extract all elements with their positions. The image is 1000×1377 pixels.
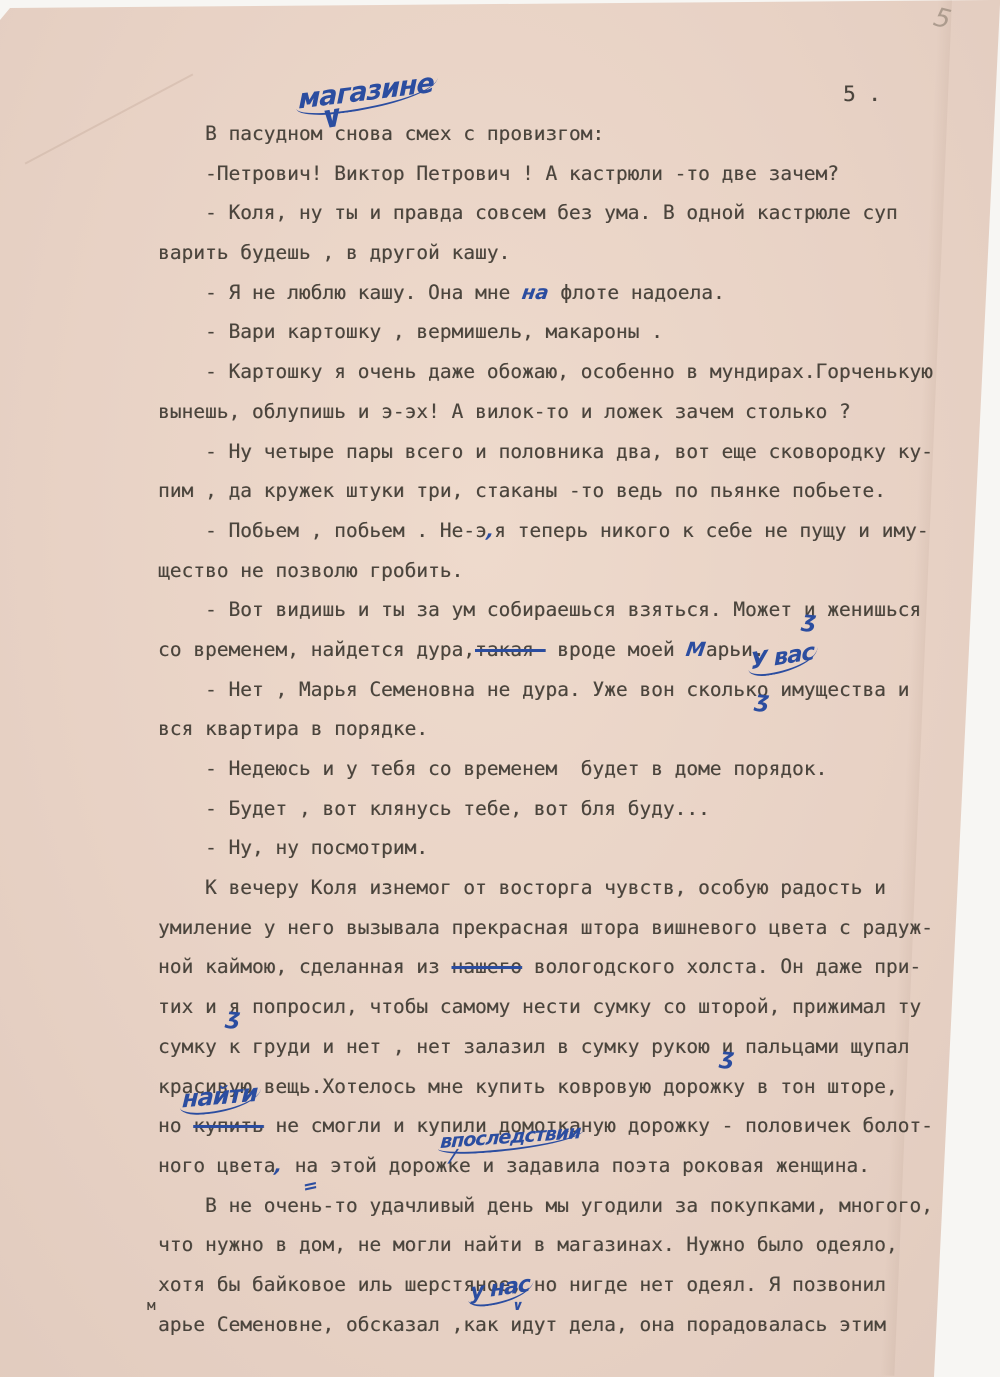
- typed-segment: - Нет , Марья Семеновна не дура. Уже вон…: [158, 678, 757, 701]
- typed-line-13: - Вот видишь и ты за ум собираешься взят…: [158, 590, 958, 630]
- typed-segment: вологодского холста. Он даже при-: [522, 955, 921, 978]
- typed-line-2: -Петрович! Виктор Петрович ! А кастрюли …: [158, 154, 958, 194]
- typed-segment: - Ну, ну посмотрим.: [158, 836, 428, 859]
- typed-segment: сумку к груди и нет , нет залазил в сумк…: [158, 1035, 722, 1058]
- typed-segment: на этой дорожке и задавила поэта роковая…: [283, 1154, 870, 1177]
- typed-segment: - Вот видишь и ты за ум собираешься взят…: [158, 598, 804, 621]
- typed-line-7: - Картошку я очень даже обожаю, особенно…: [158, 352, 958, 392]
- typed-line-20: К вечеру Коля изнемог от восторга чувств…: [158, 868, 958, 908]
- typed-line-16: вся квартира в порядке.: [158, 709, 958, 749]
- typed-line-11: - Побьем , побьем . Не-э,я теперь никого…: [158, 511, 958, 551]
- typed-segment: В пасудном снова смех с провизгом:: [158, 122, 604, 145]
- ink-correction: на: [519, 273, 551, 313]
- typed-segment: пим , да кружек штуки три, стаканы -то в…: [158, 479, 886, 502]
- struck-word: нашего: [452, 955, 522, 978]
- typed-segment: -Петрович! Виктор Петрович ! А кастрюли …: [158, 162, 839, 185]
- typed-segment: вся квартира в порядке.: [158, 717, 428, 740]
- typed-line-4: варить будешь , в другой кашу.: [158, 233, 958, 273]
- typed-segment: имущества и: [769, 678, 910, 701]
- typed-line-28: В не очень-то удачливый день мы угодили …: [158, 1186, 958, 1226]
- typed-line-27: ного цвета, на этой дорожке и задавила п…: [158, 1146, 958, 1186]
- overwritten-char: о: [757, 678, 769, 701]
- typed-segment: - Ну четыре пары всего и половника два, …: [158, 440, 933, 463]
- overwritten-char: я: [228, 995, 240, 1018]
- typed-segment: - Вари картошку , вермишель, макароны .: [158, 320, 663, 343]
- typed-line-24: сумку к груди и нет , нет залазил в сумк…: [158, 1027, 958, 1067]
- typed-segment: красивую вещь.Хотелось мне купить ковров…: [158, 1075, 898, 1098]
- typed-segment: не смогли и купили домотканую дорожку - …: [264, 1114, 933, 1137]
- typed-segment: К вечеру Коля изнемог от восторга чувств…: [158, 876, 886, 899]
- typed-segment: - Коля, ну ты и правда совсем без ума. В…: [158, 201, 898, 224]
- typed-line-6: - Вари картошку , вермишель, макароны .: [158, 312, 958, 352]
- typed-page-number: 5 .: [843, 82, 881, 106]
- typed-segment: со временем, найдется дура,: [158, 638, 475, 661]
- typed-segment: арье Семеновне, обсказал ,как идут дела,…: [158, 1313, 886, 1336]
- typed-segment: пальцами щупал: [733, 1035, 909, 1058]
- typed-segment: тих и: [158, 995, 228, 1018]
- typed-line-8: вынешь, облупишь и э-эх! А вилок-то и ло…: [158, 392, 958, 432]
- typed-line-25: красивую вещь.Хотелось мне купить ковров…: [158, 1067, 958, 1107]
- insertion-caret-magazine: ∨: [320, 98, 344, 137]
- overwritten-char: и: [804, 598, 816, 621]
- typed-segment: ного цвета: [158, 1154, 275, 1177]
- typed-segment: вроде моей: [545, 638, 686, 661]
- typed-segment: что нужно в дом, не могли найти в магази…: [158, 1233, 898, 1256]
- overwritten-char: и: [722, 1035, 734, 1058]
- struck-word: купить: [193, 1114, 263, 1137]
- typed-segment: вынешь, облупишь и э-эх! А вилок-то и ло…: [158, 400, 851, 423]
- typed-segment: В не очень-то удачливый день мы угодили …: [158, 1194, 933, 1217]
- typed-segment: - Будет , вот клянусь тебе, вот бля буду…: [158, 797, 710, 820]
- typed-segment: умиление у него вызывала прекрасная штор…: [158, 916, 933, 939]
- typed-overstrike-mark: м: [147, 1298, 155, 1314]
- typed-line-3: - Коля, ну ты и правда совсем без ума. В…: [158, 193, 958, 233]
- typed-line-21: умиление у него вызывала прекрасная штор…: [158, 908, 958, 948]
- typed-line-9: - Ну четыре пары всего и половника два, …: [158, 432, 958, 472]
- typed-line-31: арье Семеновне, обсказал ,как идут дела,…: [158, 1305, 958, 1345]
- typed-segment: женишься: [815, 598, 921, 621]
- typed-line-1: В пасудном снова смех с провизгом:: [158, 114, 958, 154]
- capitalize-mark: =: [302, 1174, 317, 1198]
- typed-line-12: щество не позволю гробить.: [158, 551, 958, 591]
- typed-segment: флоте надоела.: [549, 281, 725, 304]
- typed-segment: варить будешь , в другой кашу.: [158, 241, 510, 264]
- typed-segment: - Недеюсь и у тебя со временем будет в д…: [158, 757, 827, 780]
- typed-segment: - Картошку я очень даже обожаю, особенно…: [158, 360, 933, 383]
- typed-segment: но: [158, 1114, 193, 1137]
- typed-line-29: что нужно в дом, не могли найти в магази…: [158, 1225, 958, 1265]
- typed-segment: ной каймою, сделанная из: [158, 955, 452, 978]
- ink-correction: М: [684, 630, 709, 670]
- typed-line-15: - Нет , Марья Семеновна не дура. Уже вон…: [158, 670, 958, 710]
- typed-line-10: пим , да кружек штуки три, стаканы -то в…: [158, 471, 958, 511]
- struck-word: такая: [475, 638, 545, 661]
- typed-segment: я теперь никого к себе не пущу и иму-: [494, 519, 928, 542]
- typed-line-14: со временем, найдется дура,такая вроде м…: [158, 630, 958, 670]
- typed-line-23: тих и я попросил, чтобы самому нести сум…: [158, 987, 958, 1027]
- typed-segment: щество не позволю гробить.: [158, 559, 463, 582]
- typed-line-17: - Недеюсь и у тебя со временем будет в д…: [158, 749, 958, 789]
- typed-line-30: хотя бы байковое иль шерстяное, но нигде…: [158, 1265, 958, 1305]
- typed-line-18: - Будет , вот клянусь тебе, вот бля буду…: [158, 789, 958, 829]
- typed-text-block: В пасудном снова смех с провизгом: -Петр…: [158, 114, 958, 1344]
- typed-segment: попросил, чтобы самому нести сумку со шт…: [240, 995, 921, 1018]
- typed-segment: - Я не люблю кашу. Она мне: [158, 281, 522, 304]
- typed-line-5: - Я не люблю кашу. Она мне на флоте надо…: [158, 273, 958, 313]
- typed-line-22: ной каймою, сделанная из нашего вологодс…: [158, 947, 958, 987]
- typed-line-19: - Ну, ну посмотрим.: [158, 828, 958, 868]
- typed-segment: - Побьем , побьем . Не-э: [158, 519, 487, 542]
